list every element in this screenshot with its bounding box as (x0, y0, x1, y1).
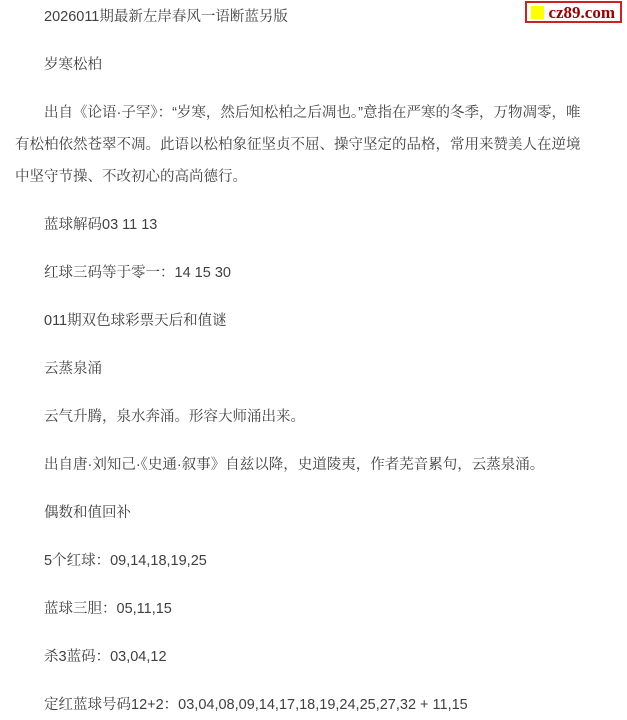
idiom2-meaning: 云气升腾，泉水奔涌。形容大师涌出来。 (15, 401, 591, 433)
section-heading-sum-riddle: 011期双色球彩票天后和值谜 (15, 305, 591, 337)
idiom2-heading: 云蒸泉涌 (15, 353, 591, 385)
logo-text: cz89.com (548, 4, 615, 21)
idiom2-source: 出自唐·刘知己·《史通·叙事》自兹以降，史道陵夷，作者芜音累句，云蒸泉涌。 (15, 449, 591, 481)
article-page: cz89.com 2026011期最新左岸春风一语断蓝另版 岁寒松柏 出自《论语… (0, 0, 627, 720)
blue-ball-decode-line: 蓝球解码03 11 13 (15, 209, 591, 241)
kill-three-blue-line: 杀3蓝码：03,04,12 (15, 641, 591, 673)
logo-square-icon (531, 6, 544, 19)
red-ball-three-codes-line: 红球三码等于零一：14 15 30 (15, 257, 591, 289)
five-red-balls-line: 5个红球：09,14,18,19,25 (15, 545, 591, 577)
idiom-heading: 岁寒松柏 (15, 49, 591, 81)
final-numbers-line: 定红蓝球号码12+2：03,04,08,09,14,17,18,19,24,25… (15, 689, 591, 720)
even-sum-heading: 偶数和值回补 (15, 497, 591, 529)
site-logo-link[interactable]: cz89.com (525, 1, 622, 23)
idiom-explanation: 出自《论语·子罕》：“岁寒，然后知松柏之后凋也。”意指在严寒的冬季，万物凋零，唯… (15, 97, 591, 193)
blue-three-dan-line: 蓝球三胆：05,11,15 (15, 593, 591, 625)
article-body: 2026011期最新左岸春风一语断蓝另版 岁寒松柏 出自《论语·子罕》：“岁寒，… (0, 0, 627, 720)
article-title: 2026011期最新左岸春风一语断蓝另版 (15, 1, 591, 33)
